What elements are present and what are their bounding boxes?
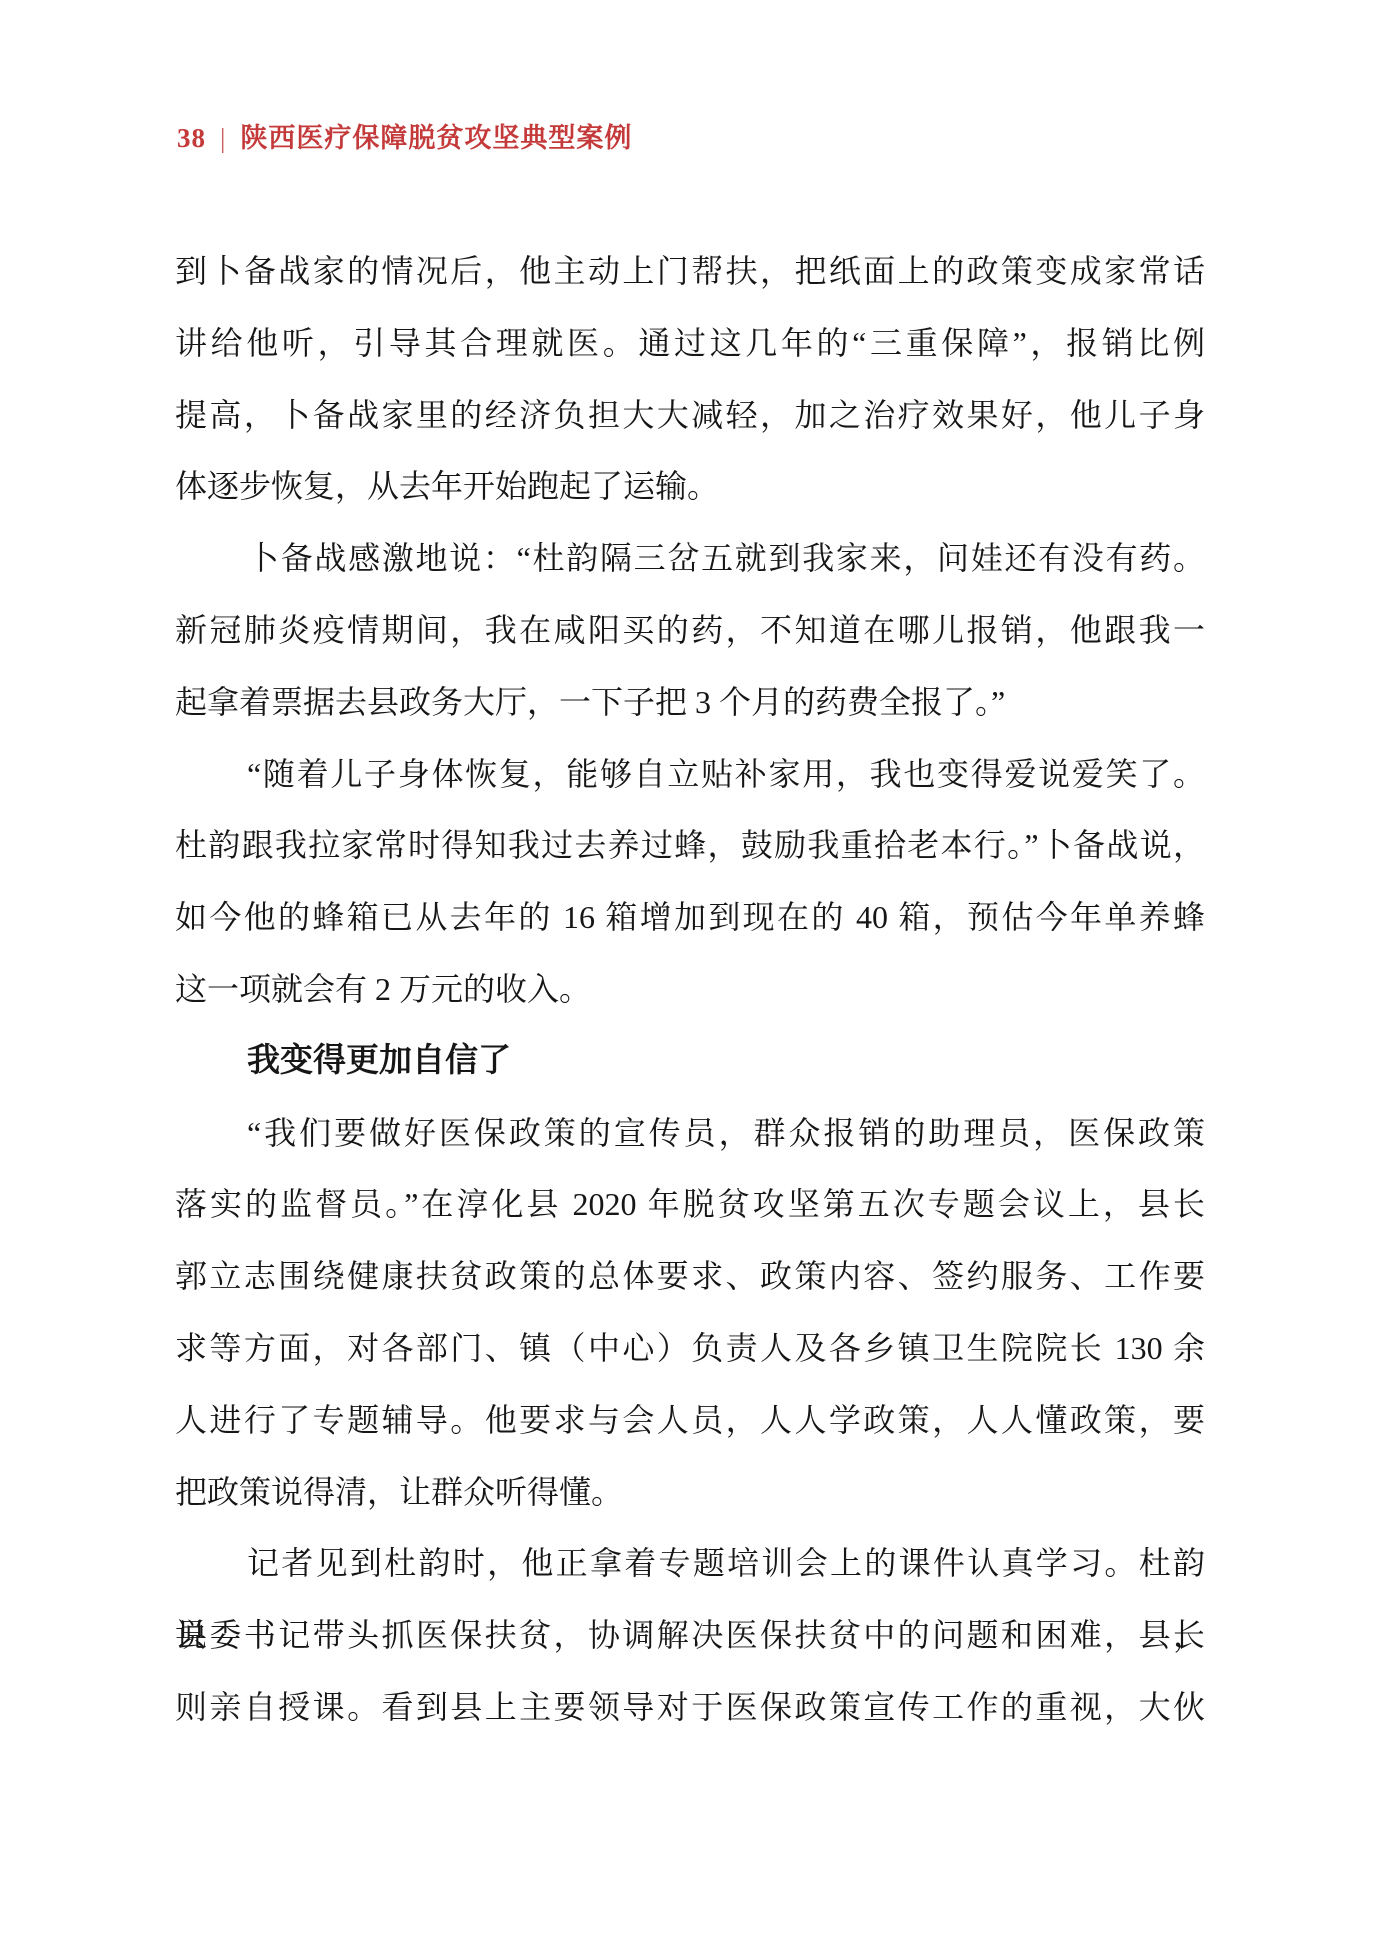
text-line: 则亲自授课。看到县上主要领导对于医保政策宣传工作的重视，大伙: [175, 1672, 1205, 1744]
page-header: 38|陕西医疗保障脱贫攻坚典型案例: [177, 116, 632, 155]
text-line: 杜韵跟我拉家常时得知我过去养过蜂，鼓励我重拾老本行。”卜备战说，: [175, 810, 1205, 882]
text-line: 新冠肺炎疫情期间，我在咸阳买的药，不知道在哪儿报销，他跟我一: [175, 595, 1205, 667]
text-line: 这一项就会有 2 万元的收入。: [175, 954, 1205, 1026]
document-body: 到卜备战家的情况后，他主动上门帮扶，把纸面上的政策变成家常话讲给他听，引导其合理…: [175, 236, 1205, 1744]
section-heading: 我变得更加自信了: [175, 1026, 1205, 1098]
text-line: 起拿着票据去县政务大厅，一下子把 3 个月的药费全报了。”: [175, 667, 1205, 739]
text-line: 到卜备战家的情况后，他主动上门帮扶，把纸面上的政策变成家常话: [175, 236, 1205, 308]
running-title: 陕西医疗保障脱贫攻坚典型案例: [240, 123, 632, 153]
text-line: 把政策说得清，让群众听得懂。: [175, 1457, 1205, 1529]
document-page: 38|陕西医疗保障脱贫攻坚典型案例 到卜备战家的情况后，他主动上门帮扶，把纸面上…: [0, 0, 1386, 1938]
text-line: 卜备战感激地说：“杜韵隔三岔五就到我家来，问娃还有没有药。: [175, 523, 1205, 595]
text-line: 提高，卜备战家里的经济负担大大减轻，加之治疗效果好，他儿子身: [175, 380, 1205, 452]
text-line: 落实的监督员。”在淳化县 2020 年脱贫攻坚第五次专题会议上，县长: [175, 1169, 1205, 1241]
text-line: 郭立志围绕健康扶贫政策的总体要求、政策内容、签约服务、工作要: [175, 1241, 1205, 1313]
text-line: 讲给他听，引导其合理就医。通过这几年的“三重保障”，报销比例: [175, 308, 1205, 380]
header-separator: |: [220, 123, 226, 153]
text-line: 记者见到杜韵时，他正拿着专题培训会上的课件认真学习。杜韵说，: [175, 1528, 1205, 1600]
text-line: 求等方面，对各部门、镇（中心）负责人及各乡镇卫生院院长 130 余: [175, 1313, 1205, 1385]
text-line: “随着儿子身体恢复，能够自立贴补家用，我也变得爱说爱笑了。: [175, 739, 1205, 811]
text-line: 人进行了专题辅导。他要求与会人员，人人学政策，人人懂政策，要: [175, 1385, 1205, 1457]
text-line: 如今他的蜂箱已从去年的 16 箱增加到现在的 40 箱，预估今年单养蜂: [175, 882, 1205, 954]
page-number: 38: [177, 123, 206, 153]
text-line: 体逐步恢复，从去年开始跑起了运输。: [175, 451, 1205, 523]
text-line: 县委书记带头抓医保扶贫，协调解决医保扶贫中的问题和困难，县长: [175, 1600, 1205, 1672]
text-line: “我们要做好医保政策的宣传员，群众报销的助理员，医保政策: [175, 1098, 1205, 1170]
